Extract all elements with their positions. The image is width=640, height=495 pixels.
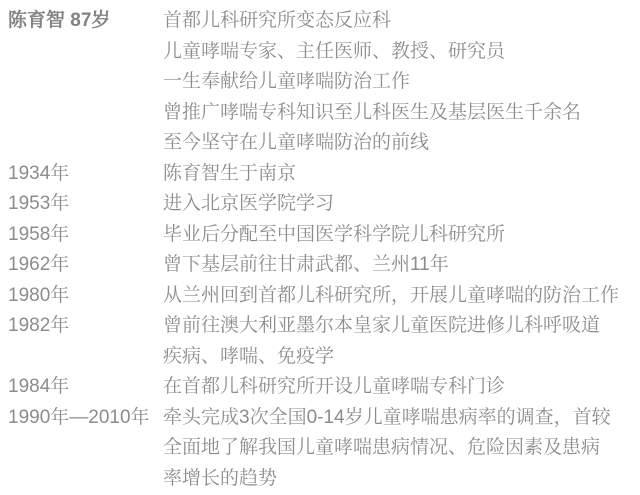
profile-line: 一生奉献给儿童哮喘防治工作 <box>163 67 640 98</box>
timeline-line: 毕业后分配至中国医学科学院儿科研究所 <box>163 220 640 251</box>
timeline-year: 1990年—2010年 <box>8 403 163 434</box>
timeline-line: 曾前往澳大利亚墨尔本皇家儿童医院进修儿科呼吸道 <box>163 311 640 342</box>
profile-row: 陈育智 87岁 首都儿科研究所变态反应科 儿童哮喘专家、主任医师、教授、研究员 … <box>8 6 640 159</box>
timeline-line: 陈育智生于南京 <box>163 159 640 190</box>
timeline-event: 曾下基层前往甘肃武都、兰州11年 <box>163 250 640 281</box>
timeline-year: 1934年 <box>8 159 163 190</box>
timeline-event: 陈育智生于南京 <box>163 159 640 190</box>
timeline-row: 1990年—2010年 牵头完成3次全国0-14岁儿童哮喘患病率的调查，首较 全… <box>8 403 640 495</box>
timeline-line: 曾下基层前往甘肃武都、兰州11年 <box>163 250 640 281</box>
biography-timeline: 陈育智 87岁 首都儿科研究所变态反应科 儿童哮喘专家、主任医师、教授、研究员 … <box>0 0 640 495</box>
timeline-year: 1958年 <box>8 220 163 251</box>
timeline-line: 在首都儿科研究所开设儿童哮喘专科门诊 <box>163 372 640 403</box>
timeline-year: 1953年 <box>8 189 163 220</box>
timeline-row: 1962年 曾下基层前往甘肃武都、兰州11年 <box>8 250 640 281</box>
timeline-row: 1982年 曾前往澳大利亚墨尔本皇家儿童医院进修儿科呼吸道 疾病、哮喘、免疫学 <box>8 311 640 372</box>
timeline-line: 进入北京医学院学习 <box>163 189 640 220</box>
profile-line: 儿童哮喘专家、主任医师、教授、研究员 <box>163 37 640 68</box>
timeline-event: 牵头完成3次全国0-14岁儿童哮喘患病率的调查，首较 全面地了解我国儿童哮喘患病… <box>163 403 640 495</box>
timeline-line: 率增长的趋势 <box>163 464 640 495</box>
timeline-year: 1982年 <box>8 311 163 342</box>
timeline-event: 毕业后分配至中国医学科学院儿科研究所 <box>163 220 640 251</box>
profile-line: 至今坚守在儿童哮喘防治的前线 <box>163 128 640 159</box>
timeline-line: 全面地了解我国儿童哮喘患病情况、危险因素及患病 <box>163 433 640 464</box>
timeline-row: 1980年 从兰州回到首都儿科研究所，开展儿童哮喘的防治工作 <box>8 281 640 312</box>
timeline-row: 1958年 毕业后分配至中国医学科学院儿科研究所 <box>8 220 640 251</box>
timeline-year: 1980年 <box>8 281 163 312</box>
timeline-line: 疾病、哮喘、免疫学 <box>163 342 640 373</box>
timeline-event: 从兰州回到首都儿科研究所，开展儿童哮喘的防治工作 <box>163 281 640 312</box>
timeline-line: 牵头完成3次全国0-14岁儿童哮喘患病率的调查，首较 <box>163 403 640 434</box>
timeline-line: 从兰州回到首都儿科研究所，开展儿童哮喘的防治工作 <box>163 281 640 312</box>
timeline-year: 1962年 <box>8 250 163 281</box>
profile-line: 曾推广哮喘专科知识至儿科医生及基层医生千余名 <box>163 98 640 129</box>
timeline-row: 1934年 陈育智生于南京 <box>8 159 640 190</box>
timeline-row: 1953年 进入北京医学院学习 <box>8 189 640 220</box>
timeline-row: 1984年 在首都儿科研究所开设儿童哮喘专科门诊 <box>8 372 640 403</box>
timeline-year: 1984年 <box>8 372 163 403</box>
profile-summary: 首都儿科研究所变态反应科 儿童哮喘专家、主任医师、教授、研究员 一生奉献给儿童哮… <box>163 6 640 159</box>
timeline-event: 进入北京医学院学习 <box>163 189 640 220</box>
profile-name: 陈育智 87岁 <box>8 6 163 37</box>
profile-line: 首都儿科研究所变态反应科 <box>163 6 640 37</box>
timeline-event: 在首都儿科研究所开设儿童哮喘专科门诊 <box>163 372 640 403</box>
timeline-event: 曾前往澳大利亚墨尔本皇家儿童医院进修儿科呼吸道 疾病、哮喘、免疫学 <box>163 311 640 372</box>
